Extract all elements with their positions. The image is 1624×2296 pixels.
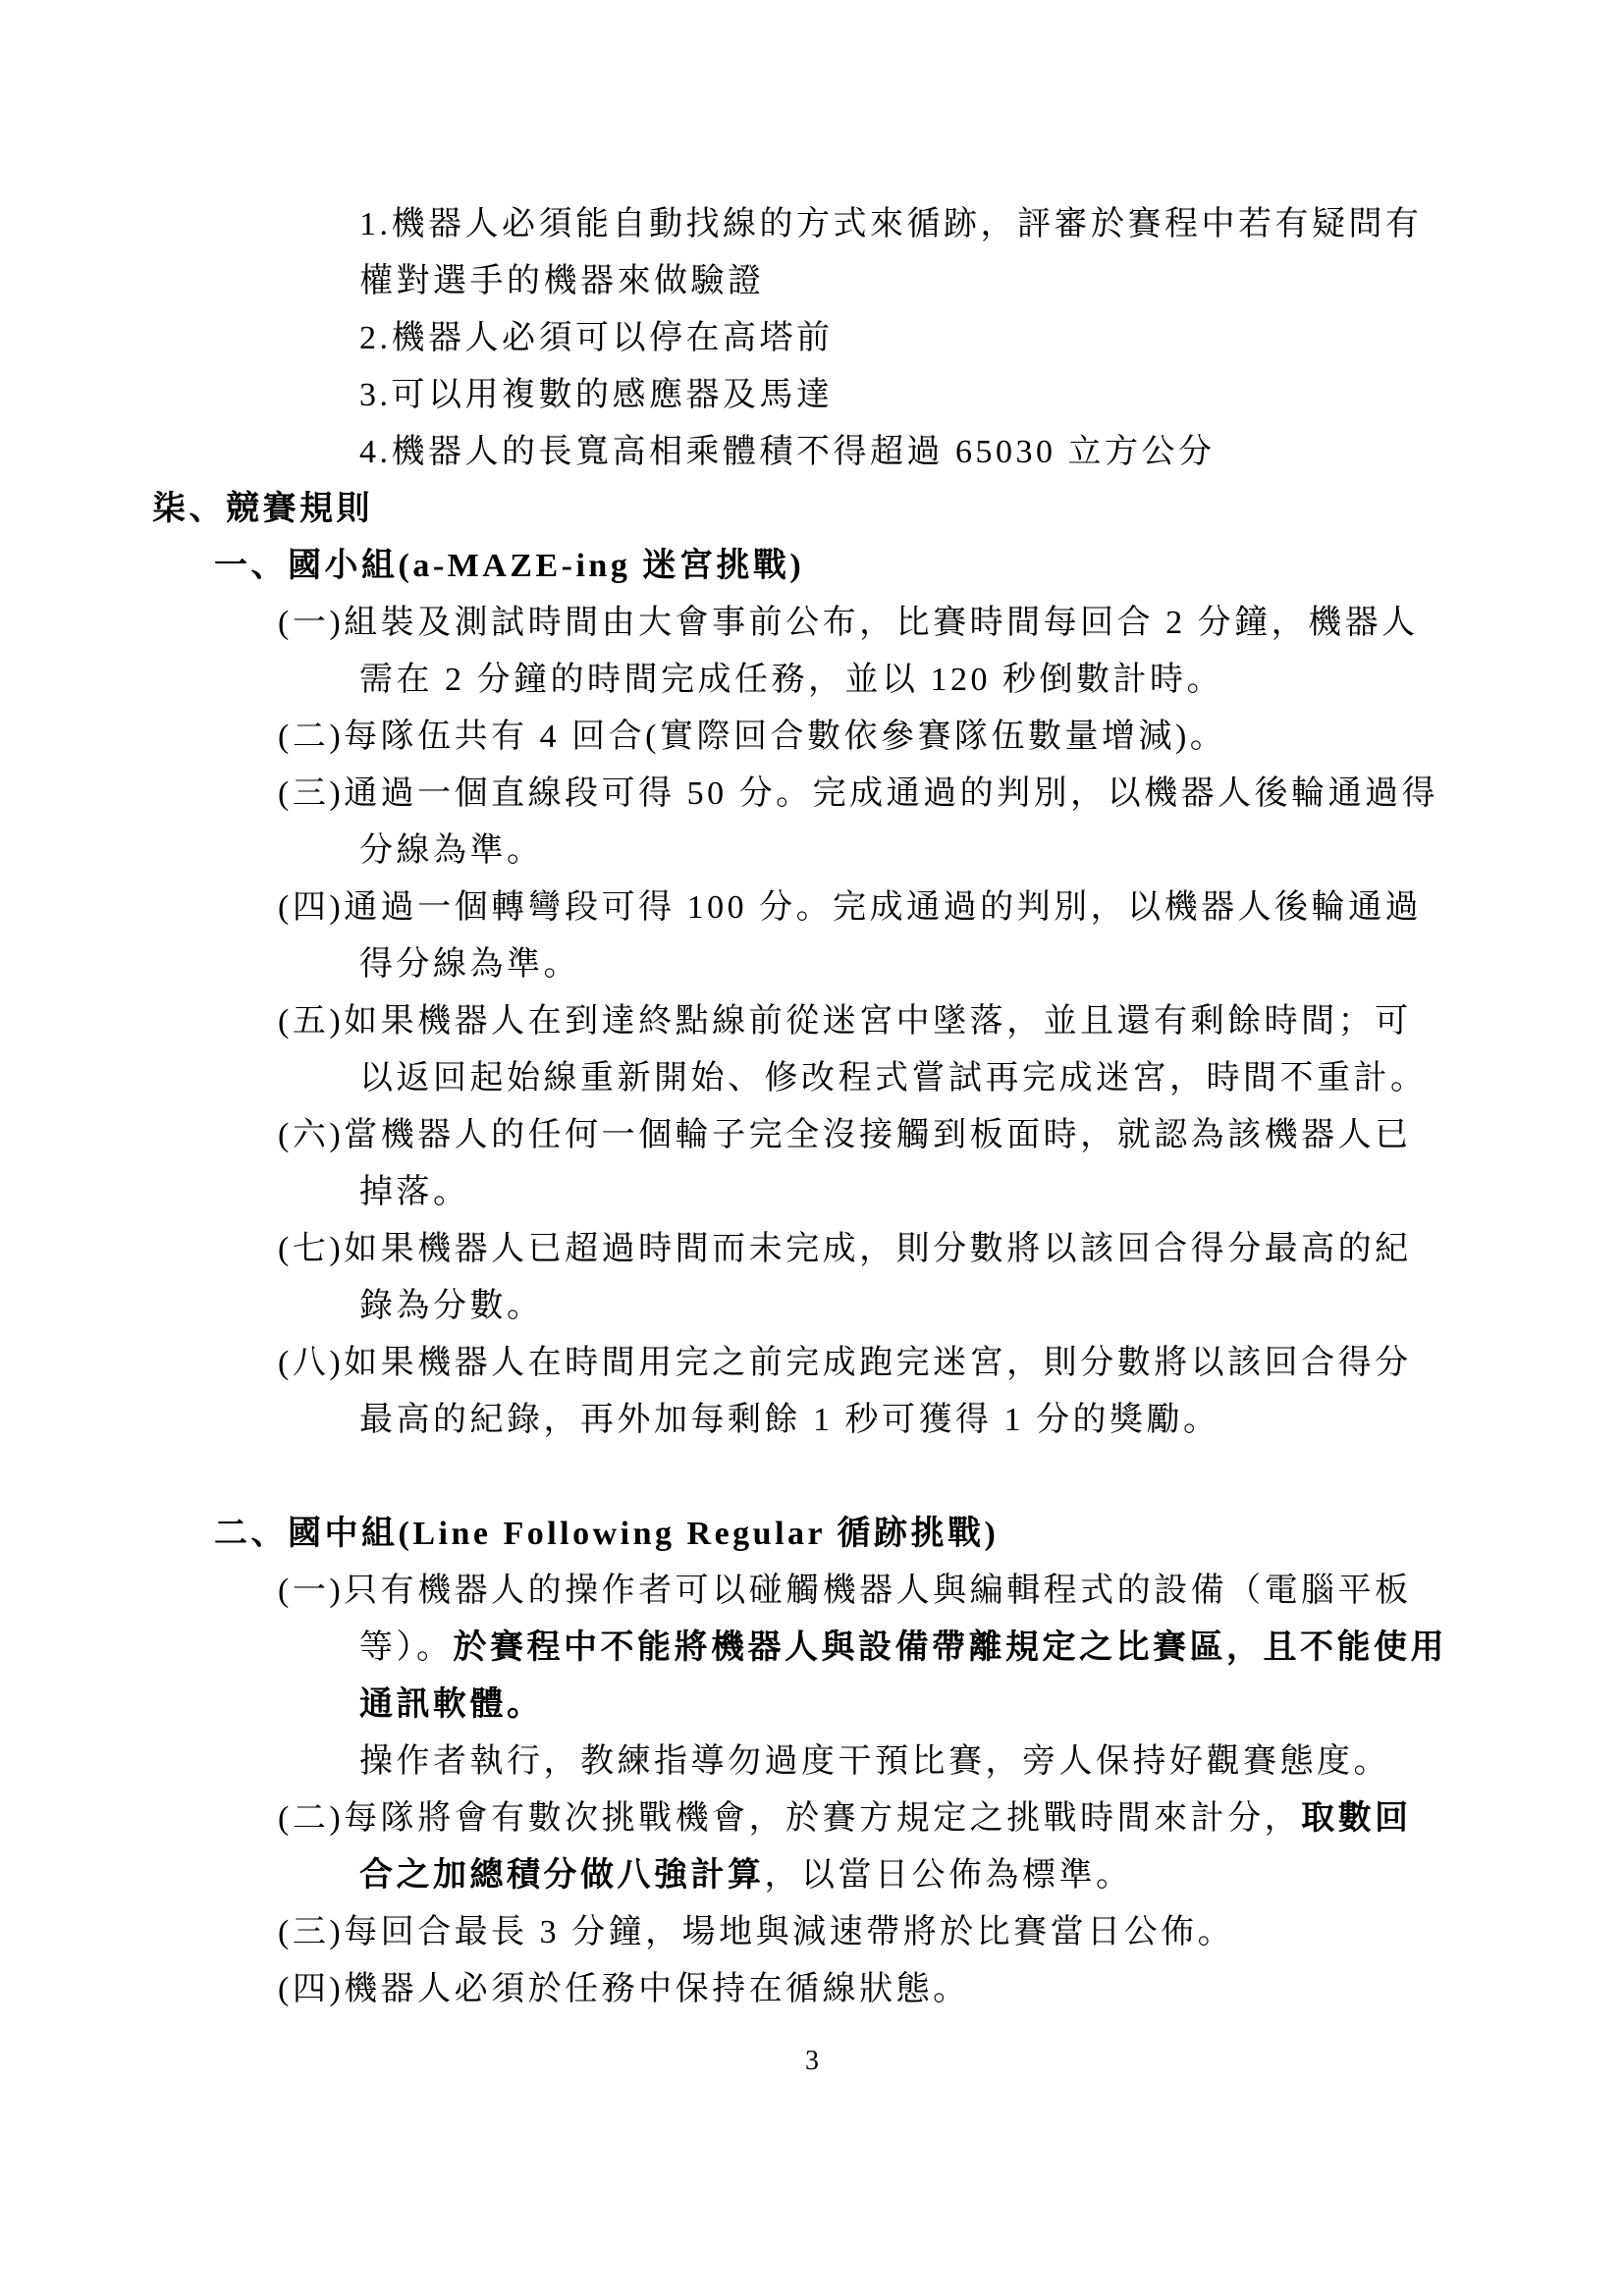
text-run: 操作者執行，教練指導勿過度干預比賽，旁人保持好觀賽態度。 xyxy=(359,1743,1390,1780)
text-line: 柒、競賽規則 xyxy=(152,481,1624,538)
page-number: 3 xyxy=(0,2045,1624,2078)
bold-text-run: 取數回 xyxy=(1301,1800,1412,1837)
text-run: 得分線為準。 xyxy=(359,946,580,983)
text-run: (二)每隊伍共有 4 回合(實際回合數依參賽隊伍數量增減)。 xyxy=(278,719,1226,755)
text-line: (六)當機器人的任何一個輪子完全沒接觸到板面時，就認為該機器人已 xyxy=(278,1107,1624,1164)
text-line: (四)通過一個轉彎段可得 100 分。完成通過的判別，以機器人後輪通過 xyxy=(278,880,1624,936)
text-line: (二)每隊伍共有 4 回合(實際回合數依參賽隊伍數量增減)。 xyxy=(278,709,1624,766)
text-run: (四)機器人必須於任務中保持在循線狀態。 xyxy=(278,1971,970,2007)
text-line: 最高的紀錄，再外加每剩餘 1 秒可獲得 1 分的獎勵。 xyxy=(359,1392,1624,1449)
text-line: 得分線為準。 xyxy=(359,936,1624,993)
bold-text-run: 一、國小組(a-MAZE-ing 迷宮挑戰) xyxy=(214,548,804,584)
text-run: 4.機器人的長寬高相乘體積不得超過 65030 立方公分 xyxy=(359,434,1216,470)
text-run: (一)只有機器人的操作者可以碰觸機器人與編輯程式的設備（電腦平板 xyxy=(278,1573,1412,1609)
text-line: 分線為準。 xyxy=(359,823,1624,880)
text-line: (一)組裝及測試時間由大會事前公布，比賽時間每回合 2 分鐘，機器人 xyxy=(278,595,1624,652)
text-run: (一)組裝及測試時間由大會事前公布，比賽時間每回合 2 分鐘，機器人 xyxy=(278,605,1419,641)
text-line: 權對選手的機器來做驗證 xyxy=(359,253,1624,310)
text-line: 等）。於賽程中不能將機器人與設備帶離規定之比賽區，且不能使用 xyxy=(359,1620,1624,1677)
text-line: 以返回起始線重新開始、修改程式嘗試再完成迷宮，時間不重計。 xyxy=(359,1050,1624,1107)
text-run: 以返回起始線重新開始、修改程式嘗試再完成迷宮，時間不重計。 xyxy=(359,1060,1428,1096)
text-run: (二)每隊將會有數次挑戰機會，於賽方規定之挑戰時間來計分， xyxy=(278,1800,1301,1837)
text-run: (三)每回合最長 3 分鐘，場地與減速帶將於比賽當日公佈。 xyxy=(278,1914,1234,1950)
text-run: 3.可以用複數的感應器及馬達 xyxy=(359,377,834,413)
text-run: 需在 2 分鐘的時間完成任務，並以 120 秒倒數計時。 xyxy=(359,662,1223,698)
text-line: 二、國中組(Line Following Regular 循跡挑戰) xyxy=(214,1506,1624,1563)
text-run: (七)如果機器人已超過時間而未完成，則分數將以該回合得分最高的紀 xyxy=(278,1231,1412,1267)
text-run: (六)當機器人的任何一個輪子完全沒接觸到板面時，就認為該機器人已 xyxy=(278,1117,1412,1153)
text-line: 通訊軟體。 xyxy=(359,1677,1624,1734)
text-run: 2.機器人必須可以停在高塔前 xyxy=(359,320,834,356)
text-run: 權對選手的機器來做驗證 xyxy=(359,263,765,299)
text-line: (一)只有機器人的操作者可以碰觸機器人與編輯程式的設備（電腦平板 xyxy=(278,1563,1624,1620)
text-line: (三)每回合最長 3 分鐘，場地與減速帶將於比賽當日公佈。 xyxy=(278,1904,1624,1961)
document-page: 1.機器人必須能自動找線的方式來循跡，評審於賽程中若有疑問有權對選手的機器來做驗… xyxy=(0,0,1624,2296)
document-body: 1.機器人必須能自動找線的方式來循跡，評審於賽程中若有疑問有權對選手的機器來做驗… xyxy=(0,196,1624,2018)
text-line: 需在 2 分鐘的時間完成任務，並以 120 秒倒數計時。 xyxy=(359,652,1624,709)
text-line: 合之加總積分做八強計算，以當日公佈為標準。 xyxy=(359,1847,1624,1904)
text-line: 2.機器人必須可以停在高塔前 xyxy=(359,310,1624,367)
bold-text-run: 於賽程中不能將機器人與設備帶離規定之比賽區，且不能使用 xyxy=(454,1629,1448,1666)
bold-text-run: 合之加總積分做八強計算 xyxy=(359,1857,765,1894)
text-line: 掉落。 xyxy=(359,1164,1624,1221)
text-line: 錄為分數。 xyxy=(359,1278,1624,1335)
text-run: 分線為準。 xyxy=(359,832,544,869)
text-run: 掉落。 xyxy=(359,1174,470,1210)
text-run: 最高的紀錄，再外加每剩餘 1 秒可獲得 1 分的獎勵。 xyxy=(359,1402,1220,1438)
text-run: (四)通過一個轉彎段可得 100 分。完成通過的判別，以機器人後輪通過 xyxy=(278,889,1422,926)
text-run: 錄為分數。 xyxy=(359,1288,544,1324)
text-line: 1.機器人必須能自動找線的方式來循跡，評審於賽程中若有疑問有 xyxy=(359,196,1624,253)
bold-text-run: 柒、競賽規則 xyxy=(152,491,373,527)
text-line: 4.機器人的長寬高相乘體積不得超過 65030 立方公分 xyxy=(359,424,1624,481)
text-line: (四)機器人必須於任務中保持在循線狀態。 xyxy=(278,1961,1624,2018)
text-run: ，以當日公佈為標準。 xyxy=(765,1857,1133,1894)
text-run: (三)通過一個直線段可得 50 分。完成通過的判別，以機器人後輪通過得 xyxy=(278,775,1438,812)
text-run: 1.機器人必須能自動找線的方式來循跡，評審於賽程中若有疑問有 xyxy=(359,206,1423,242)
bold-text-run: 二、國中組(Line Following Regular 循跡挑戰) xyxy=(214,1516,999,1552)
text-line: (七)如果機器人已超過時間而未完成，則分數將以該回合得分最高的紀 xyxy=(278,1221,1624,1278)
text-line: (八)如果機器人在時間用完之前完成跑完迷宮，則分數將以該回合得分 xyxy=(278,1335,1624,1392)
text-run: (八)如果機器人在時間用完之前完成跑完迷宮，則分數將以該回合得分 xyxy=(278,1345,1412,1381)
text-line: (三)通過一個直線段可得 50 分。完成通過的判別，以機器人後輪通過得 xyxy=(278,766,1624,823)
text-run: 等）。 xyxy=(359,1629,454,1666)
text-line: 操作者執行，教練指導勿過度干預比賽，旁人保持好觀賽態度。 xyxy=(359,1734,1624,1790)
bold-text-run: 通訊軟體。 xyxy=(359,1686,544,1723)
text-line: (五)如果機器人在到達終點線前從迷宮中墜落，並且還有剩餘時間；可 xyxy=(278,993,1624,1050)
text-line: 一、國小組(a-MAZE-ing 迷宮挑戰) xyxy=(214,538,1624,595)
text-line: (二)每隊將會有數次挑戰機會，於賽方規定之挑戰時間來計分，取數回 xyxy=(278,1790,1624,1847)
text-line: 3.可以用複數的感應器及馬達 xyxy=(359,367,1624,424)
text-run: (五)如果機器人在到達終點線前從迷宮中墜落，並且還有剩餘時間；可 xyxy=(278,1003,1412,1040)
